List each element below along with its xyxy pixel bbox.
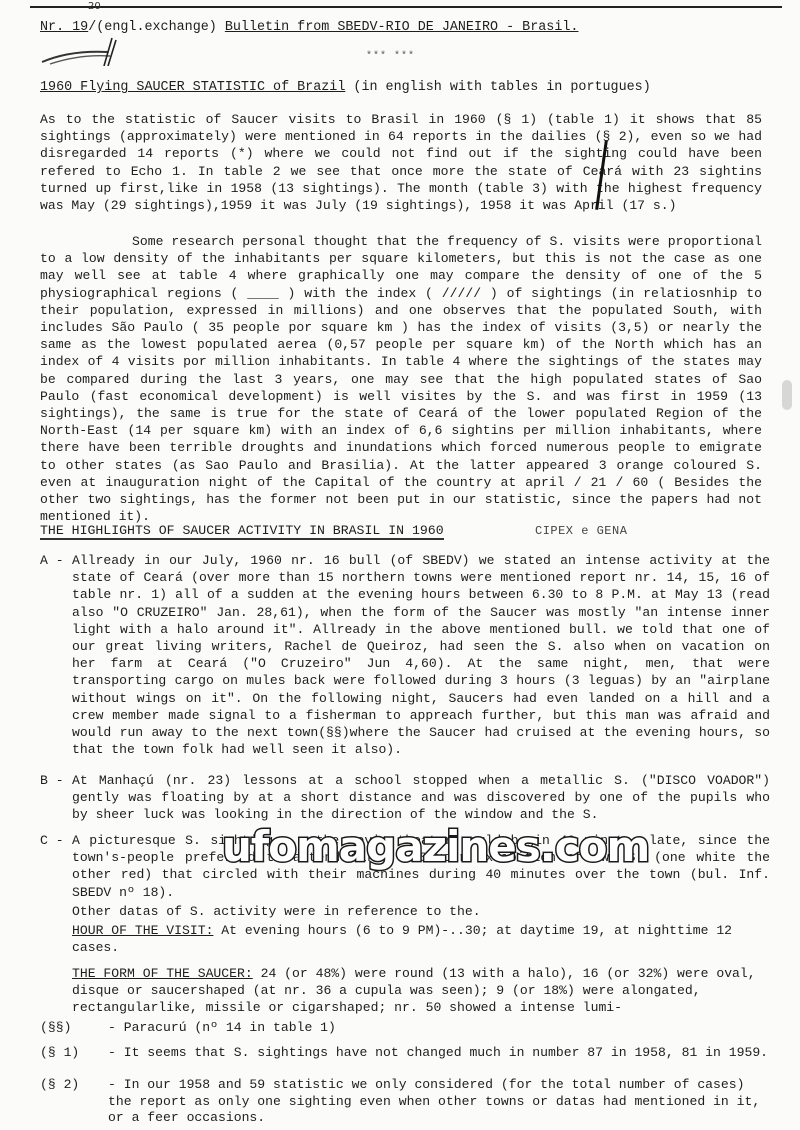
margin-smudge <box>782 380 792 410</box>
footnote-ss: (§§) - Paracurú (nº 14 in table 1) <box>40 1020 770 1037</box>
highlight-item-a: A - Allready in our July, 1960 nr. 16 bu… <box>40 552 770 758</box>
footnote-label: (§ 2) <box>40 1077 79 1094</box>
other-datas-line: Other datas of S. activity were in refer… <box>72 903 768 920</box>
paragraph-density: Some research personal thought that the … <box>40 233 762 525</box>
highlights-authors: CIPEX e GENA <box>535 524 627 538</box>
hour-of-visit: HOUR OF THE VISIT: At evening hours (6 t… <box>72 922 768 956</box>
hour-label: HOUR OF THE VISIT: <box>72 923 213 938</box>
footnote-text: - Paracurú (nº 14 in table 1) <box>108 1020 770 1037</box>
title-subtitle: (in english with tables in portugues) <box>353 80 650 95</box>
bulletin-header: Nr. 19/(engl.exchange) Bulletin from SBE… <box>40 20 578 35</box>
item-text: Allready in our July, 1960 nr. 16 bull (… <box>72 552 770 758</box>
footnote-label: (§§) <box>40 1020 71 1037</box>
footnote-1: (§ 1) - It seems that S. sightings have … <box>40 1045 770 1062</box>
document-title: 1960 Flying SAUCER STATISTIC of Brazil (… <box>40 80 651 95</box>
handwritten-page-number: 20 <box>88 1 101 12</box>
bulletin-number: Nr. 19 <box>40 20 88 35</box>
item-label: B - <box>40 772 64 789</box>
item-label: A - <box>40 552 64 569</box>
footnote-text: - In our 1958 and 59 statistic we only c… <box>108 1077 770 1127</box>
section-separator: *** *** <box>366 51 415 62</box>
paragraph-statistics: As to the statistic of Saucer visits to … <box>40 111 762 214</box>
page-top-rule <box>30 6 782 8</box>
highlights-heading: THE HIGHLIGHTS OF SAUCER ACTIVITY IN BRA… <box>40 523 444 540</box>
item-text: At Manhaçú (nr. 23) lessons at a school … <box>72 772 770 824</box>
exchange-note: (engl.exchange) <box>96 20 217 35</box>
footnote-text: - It seems that S. sightings have not ch… <box>108 1045 770 1062</box>
watermark: ufomagazines.com <box>222 822 649 871</box>
bulletin-source: Bulletin from SBEDV-RIO DE JANEIRO - Bra… <box>225 20 579 35</box>
form-label: THE FORM OF THE SAUCER: <box>72 966 253 981</box>
title-main: 1960 Flying SAUCER STATISTIC of Brazil <box>40 80 345 95</box>
form-of-saucer: THE FORM OF THE SAUCER: 24 (or 48%) were… <box>72 965 768 1017</box>
footnote-2: (§ 2) - In our 1958 and 59 statistic we … <box>40 1077 770 1127</box>
footnote-label: (§ 1) <box>40 1045 79 1062</box>
handwritten-scribble-icon <box>40 36 120 66</box>
item-label: C - <box>40 832 64 849</box>
highlight-item-b: B - At Manhaçú (nr. 23) lessons at a sch… <box>40 772 770 824</box>
